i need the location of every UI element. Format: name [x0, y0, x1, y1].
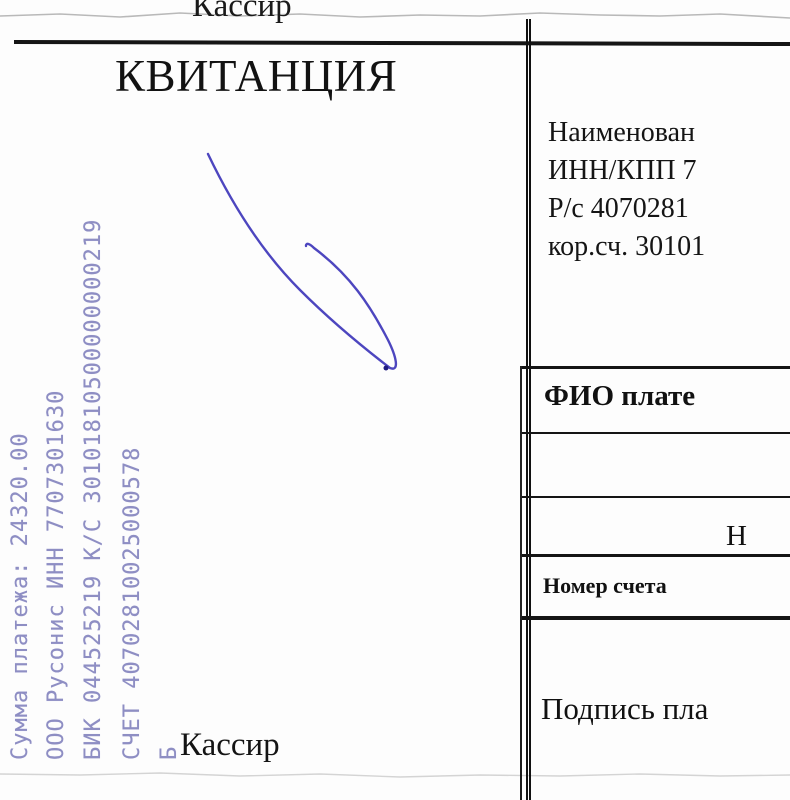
payer-fio-field[interactable] [528, 436, 790, 492]
payee-details: Наименован ИНН/КПП 7 Р/с 4070281 кор.сч.… [548, 114, 705, 266]
payment-purpose-label: Н [726, 518, 747, 554]
cashier-label-bottom: Кассир [180, 725, 280, 765]
stamp-line-account: СЧЕТ 40702810025000578 [120, 447, 145, 760]
document-title: КВИТАНЦИЯ [115, 50, 397, 102]
form-column-divider [520, 366, 522, 496]
payee-corr-account: кор.сч. 30101 [548, 228, 705, 266]
payee-name-label: Наименован [548, 114, 705, 152]
payee-account: Р/с 4070281 [548, 190, 705, 228]
receipt-form: Наименован ИНН/КПП 7 Р/с 4070281 кор.сч.… [528, 44, 790, 800]
form-row-divider [522, 366, 790, 369]
form-row-divider [522, 432, 790, 434]
handwritten-signature [190, 140, 420, 380]
form-row-divider [522, 554, 790, 557]
stamp-line-amount: Сумма платежа: 24320.00 [8, 432, 33, 760]
form-column-divider [520, 496, 522, 620]
cashier-label-top: Кассир [192, 0, 292, 26]
stamp-line-bank: БИК 044525219 К/С 30101810500000000219 [81, 219, 106, 760]
account-number-label: Номер счета [543, 571, 667, 601]
form-row-divider [522, 616, 790, 620]
form-column-divider [520, 620, 522, 800]
payer-signature-label: Подпись пла [541, 689, 708, 729]
torn-paper-edge-top [0, 10, 790, 24]
payer-fio-label: ФИО плате [544, 376, 695, 416]
payee-inn-kpp: ИНН/КПП 7 [548, 152, 705, 190]
stamp-line-company: ООО Русонис ИНН 7707301630 [44, 390, 69, 760]
form-row-divider [522, 496, 790, 498]
bank-stamp: Сумма платежа: 24320.00 ООО Русонис ИНН … [0, 0, 240, 800]
stamp-line-partial: Б [157, 746, 182, 760]
